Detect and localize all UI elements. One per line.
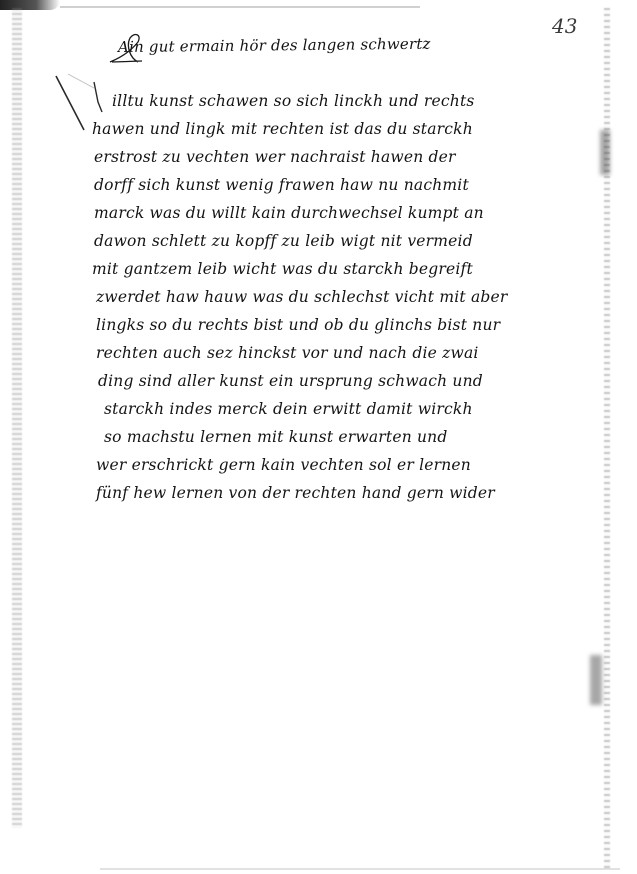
text-line: rechten auch sez hinckst vor und nach di… bbox=[96, 344, 479, 362]
edge-smudge bbox=[590, 655, 602, 705]
text-line: marck was du willt kain durchwechsel kum… bbox=[94, 204, 484, 222]
text-line: starckh indes merck dein erwitt damit wi… bbox=[104, 400, 473, 418]
page-top-edge bbox=[60, 6, 420, 8]
text-line: dawon schlett zu kopff zu leib wigt nit … bbox=[94, 232, 473, 250]
text-line: hawen und lingk mit rechten ist das du s… bbox=[92, 120, 473, 138]
text-line: dorff sich kunst wenig frawen haw nu nac… bbox=[94, 176, 469, 194]
text-line: zwerdet haw hauw was du schlechst vicht … bbox=[96, 288, 508, 306]
text-line: so machstu lernen mit kunst erwarten und bbox=[104, 428, 448, 446]
edge-smudge bbox=[600, 130, 610, 175]
text-line: lingks so du rechts bist und ob du glinc… bbox=[96, 316, 500, 334]
folio-number: 43 bbox=[552, 14, 577, 38]
page-bottom-edge bbox=[100, 868, 620, 870]
manuscript-page: 43 Ain gut ermain hör des langen schwert… bbox=[0, 0, 637, 874]
text-line: ding sind aller kunst ein ursprung schwa… bbox=[98, 372, 483, 390]
binding-edge-left bbox=[12, 8, 22, 828]
title-line: Ain gut ermain hör des langen schwertz bbox=[118, 35, 431, 56]
text-line: fünf hew lernen von der rechten hand ger… bbox=[96, 484, 495, 502]
binding-shadow-top bbox=[0, 0, 60, 10]
text-line: erstrost zu vechten wer nachraist hawen … bbox=[94, 148, 456, 166]
text-line: mit gantzem leib wicht was du starckh be… bbox=[92, 260, 473, 278]
text-line: illtu kunst schawen so sich linckh und r… bbox=[112, 92, 475, 110]
